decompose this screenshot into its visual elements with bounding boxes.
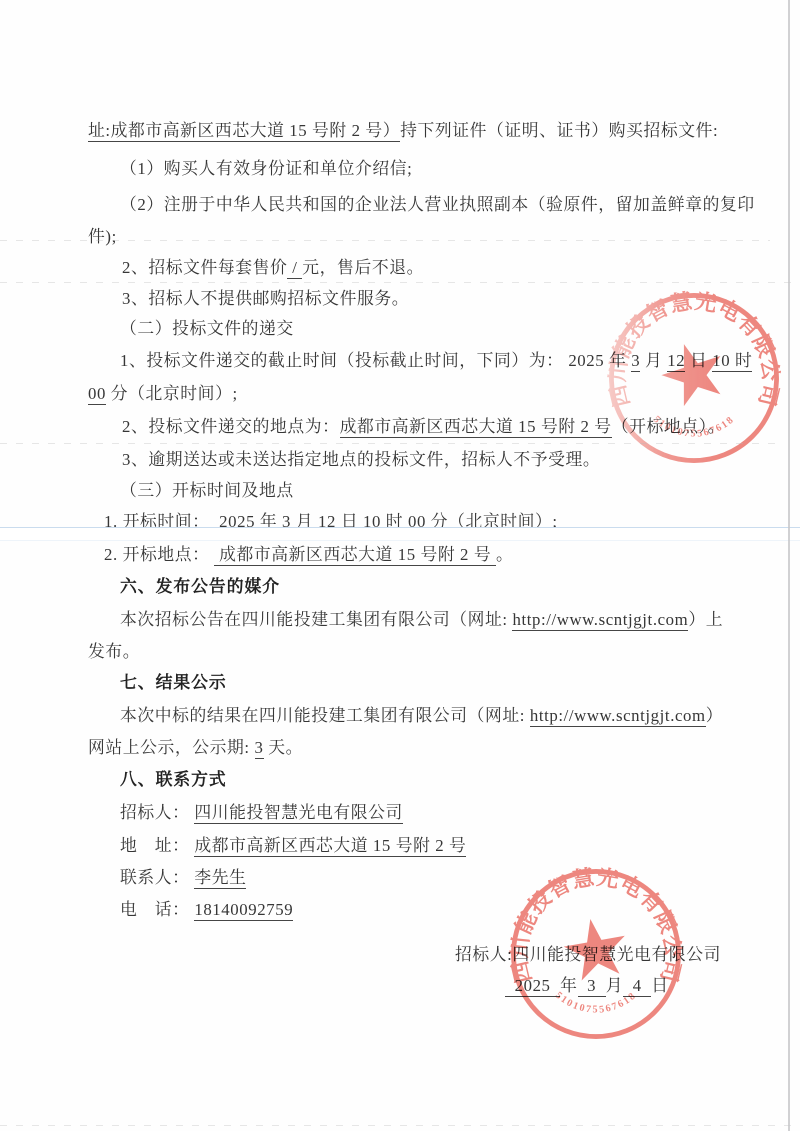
media-line-cont: 发布。 [88, 641, 140, 663]
text-segment: 网站上公示，公示期: [88, 738, 255, 757]
underlined-text: / [287, 258, 302, 279]
text-segment: 联系人： [120, 868, 194, 887]
seal-company-text: 四川能投智慧光电有限公司 [507, 864, 685, 985]
underlined-text: 成都市高新区西芯大道 15 号附 2 号 [194, 836, 466, 857]
text-segment: （2）注册于中华人民共和国的企业法人营业执照副本（验原件，留加盖鲜章的复印 [120, 195, 755, 214]
seal-serial-text: 5101075567618 [553, 990, 639, 1016]
seal-graphic: 四川能投智慧光电有限公司 5101075567618 [598, 282, 790, 474]
text-segment: 地 址： [120, 836, 194, 855]
underlined-text: 成都市高新区西芯大道 15 号附 2 号 [340, 417, 612, 438]
text-segment: 1. 开标时间： [104, 512, 214, 531]
seal-star-icon [560, 914, 631, 983]
underlined-text: 2025 [214, 512, 260, 533]
seal-graphic: 四川能投智慧光电有限公司 5101075567618 [500, 858, 692, 1050]
opening-time-line: 1. 开标时间： 2025 年 3 月 12 日 10 时 00 分（北京时间）… [104, 511, 558, 533]
text-segment: 2、招标文件每套售价 [122, 258, 287, 277]
text-segment: （三）开标时间及地点 [120, 481, 294, 500]
section-heading-media: 六、发布公告的媒介 [120, 576, 280, 598]
contact-address-line: 地 址： 成都市高新区西芯大道 15 号附 2 号 [120, 835, 466, 857]
text-segment: 七、结果公示 [120, 673, 227, 692]
underlined-text: 3 [255, 738, 264, 759]
contact-phone-line: 电 话： 18140092759 [120, 899, 293, 921]
no-mail-order-line: 3、招标人不提供邮购招标文件服务。 [122, 288, 409, 310]
credential-item-2: （2）注册于中华人民共和国的企业法人营业执照副本（验原件，留加盖鲜章的复印 [120, 194, 755, 216]
text-segment: 招标人： [120, 803, 194, 822]
company-seal-stamp-bottom: 四川能投智慧光电有限公司 5101075567618 [500, 858, 692, 1050]
text-segment: ）上 [688, 610, 723, 629]
text-segment: 3、招标人不提供邮购招标文件服务。 [122, 289, 409, 308]
text-segment: 年 [260, 512, 277, 531]
underlined-text: 00 [403, 512, 431, 533]
results-line-cont: 网站上公示，公示期: 3 天。 [88, 737, 303, 759]
text-segment: 3、逾期送达或未送达指定地点的投标文件，招标人不予受理。 [122, 450, 600, 469]
contact-tenderer-line: 招标人： 四川能投智慧光电有限公司 [120, 802, 403, 824]
text-segment: 2、投标文件递交的地点为： [122, 417, 340, 436]
underlined-text: 四川能投智慧光电有限公司 [194, 803, 403, 824]
seal-serial-text: 5101075567618 [651, 414, 737, 440]
underlined-text: http://www.scntjgjt.com [530, 706, 706, 727]
scan-artifact-dashes [0, 1125, 800, 1126]
credential-item-1: （1）购买人有效身份证和单位介绍信; [120, 158, 412, 180]
page-edge-line [788, 0, 790, 1131]
text-segment: 本次中标的结果在四川能投建工集团有限公司（网址: [120, 706, 530, 725]
underlined-text: http://www.scntjgjt.com [512, 610, 688, 631]
text-segment: 持下列证件（证明、证书）购买招标文件: [400, 121, 718, 140]
underlined-text: 12 [313, 512, 341, 533]
underlined-text: 00 [88, 384, 106, 405]
section-bid-submission: （二）投标文件的递交 [120, 318, 294, 340]
underlined-text: 址:成都市高新区西芯大道 15 号附 2 号） [88, 121, 400, 142]
underlined-text: 成都市高新区西芯大道 15 号附 2 号 [214, 545, 496, 566]
text-segment: 。 [496, 545, 513, 564]
opening-place-line: 2. 开标地点： 成都市高新区西芯大道 15 号附 2 号 。 [104, 544, 513, 566]
company-seal-stamp-top: 四川能投智慧光电有限公司 5101075567618 [598, 282, 790, 474]
text-segment: 件); [88, 227, 117, 246]
text-segment: 月 [296, 512, 313, 531]
document-price-line: 2、招标文件每套售价 / 元，售后不退。 [122, 257, 424, 279]
underlined-text: 10 [358, 512, 386, 533]
text-segment: 发布。 [88, 642, 140, 661]
section-heading-results: 七、结果公示 [120, 672, 227, 694]
text-segment: 元，售后不退。 [302, 258, 424, 277]
credential-item-2-cont: 件); [88, 226, 117, 248]
text-segment: 八、联系方式 [120, 770, 227, 789]
late-bid-line: 3、逾期送达或未送达指定地点的投标文件，招标人不予受理。 [122, 449, 600, 471]
text-segment: 日 [341, 512, 358, 531]
text-segment: 六、发布公告的媒介 [120, 577, 280, 596]
seal-star-icon [654, 334, 731, 409]
section-heading-contact: 八、联系方式 [120, 769, 227, 791]
purchase-location-line: 址:成都市高新区西芯大道 15 号附 2 号）持下列证件（证明、证书）购买招标文… [88, 120, 718, 142]
text-segment: （1）购买人有效身份证和单位介绍信; [120, 159, 412, 178]
text-segment: 分（北京时间）; [431, 512, 558, 531]
text-segment: ） [706, 706, 723, 725]
section-opening: （三）开标时间及地点 [120, 480, 294, 502]
underlined-text: 李先生 [194, 868, 246, 889]
underlined-text: 18140092759 [194, 900, 293, 921]
underlined-text: 3 [277, 512, 296, 533]
text-segment: 电 话： [120, 900, 194, 919]
text-segment: 时 [386, 512, 403, 531]
results-line: 本次中标的结果在四川能投建工集团有限公司（网址: http://www.scnt… [120, 705, 723, 727]
text-segment: 分（北京时间）; [106, 384, 238, 403]
text-segment: 本次招标公告在四川能投建工集团有限公司（网址: [120, 610, 512, 629]
bid-deadline-cont: 00 分（北京时间）; [88, 383, 238, 405]
text-segment: 天。 [264, 738, 304, 757]
contact-person-line: 联系人： 李先生 [120, 867, 246, 889]
text-segment: （二）投标文件的递交 [120, 319, 294, 338]
text-segment: 2. 开标地点： [104, 545, 214, 564]
text-segment: 1、投标文件递交的截止时间（投标截止时间，下同）为： 2025 年 [120, 351, 631, 370]
media-line: 本次招标公告在四川能投建工集团有限公司（网址: http://www.scntj… [120, 609, 723, 631]
